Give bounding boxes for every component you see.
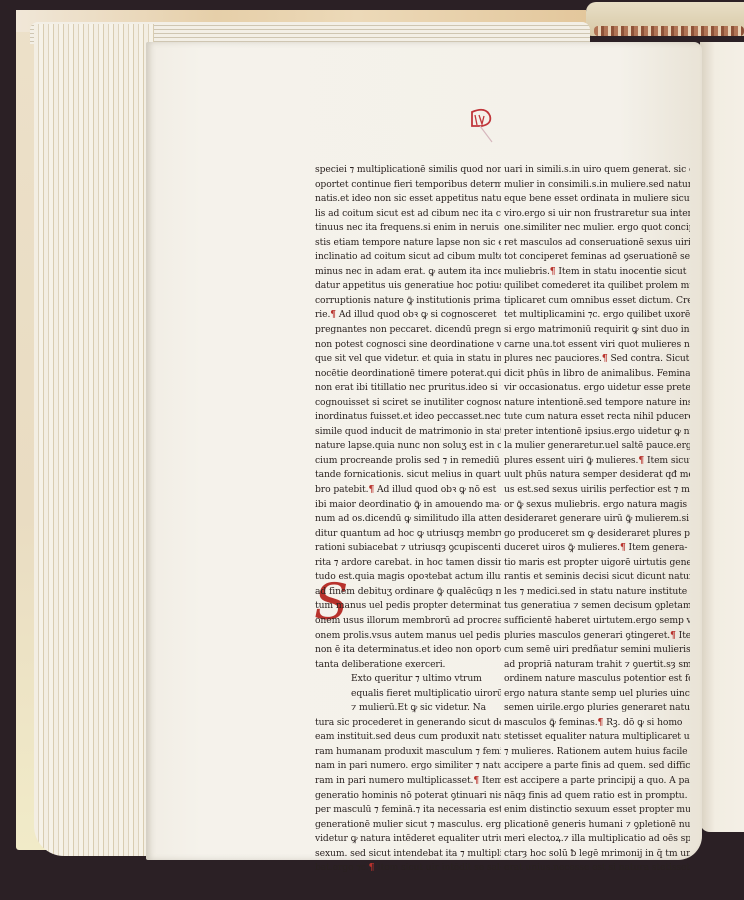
text-line: non erat ibi titillatio nec pruritus.ide… bbox=[315, 381, 501, 396]
text-line: onem prolis.vsus autem manus uel pedis bbox=[315, 629, 501, 644]
text-line: preter intentionē ipsius.ergo uidetur ꝙ … bbox=[504, 425, 690, 440]
text-line: pregnantes non peccaret. dicendū pregnās bbox=[315, 323, 501, 338]
text-line: ditur quantum ad hoc ꝙ utriusqȝ membruʒ bbox=[315, 527, 501, 542]
text-line: vir occasionatus. ergo uidetur esse pret… bbox=[504, 381, 690, 396]
text-line: les ⁊ medici.sed in statu nature institu… bbox=[504, 585, 690, 600]
text-line: nam in pari numero. ergo similiter ⁊ nat… bbox=[315, 759, 501, 774]
text-line: la mulier generaretur.uel saltē pauce.er… bbox=[504, 439, 690, 454]
text-line: uult phūs natura semper desiderat qđ mel… bbox=[504, 468, 690, 483]
text-line: viro.ergo si uir non frustraretur sua in… bbox=[504, 207, 690, 222]
text-line: lis ad coitum sicut est ad cibum nec ita… bbox=[315, 207, 501, 222]
text-line: ergo natura stante semp uel pluries uinc… bbox=[504, 687, 690, 702]
text-line: desideraret generare uirū ꝙ̄ mulierem.si… bbox=[504, 512, 690, 527]
headband-braid bbox=[594, 26, 744, 36]
text-line: generationē mulier sicut ⁊ masculus. erg… bbox=[315, 818, 501, 833]
text-line: non potest cognosci sine deordinatione v… bbox=[315, 338, 501, 353]
text-line: cognouisset si sciret se inutiliter cogn… bbox=[315, 396, 501, 411]
text-line: stetisset equaliter natura multiplicaret… bbox=[504, 730, 690, 745]
text-line: rita ⁊ ardore carebat. in hoc tamen diss… bbox=[315, 556, 501, 571]
text-line: tum manus uel pedis propter determinati- bbox=[315, 599, 501, 614]
text-line: tute cum natura esset recta nihil pducer… bbox=[504, 410, 690, 425]
text-line: ram in pari numero multiplicasset.¶ Item bbox=[315, 774, 501, 789]
text-line: speciei ⁊ multiplicationē similis quod n… bbox=[315, 163, 501, 178]
text-line: minus nec in adam erat. ꝙ autem ita ince… bbox=[315, 265, 501, 280]
text-line: oportet continue fieri temporibus determ… bbox=[315, 178, 501, 193]
paragraph-mark-icon: ¶ bbox=[550, 266, 556, 277]
text-line: tudo est.quia magis opoꝛtebat actum illu… bbox=[315, 570, 501, 585]
text-line: rie.¶ Ad illud quod obꝛ ꝙ si cognosceret bbox=[315, 308, 501, 323]
text-line: natis.et ideo non sic esset appetitus na… bbox=[315, 192, 501, 207]
text-line: inordinatus fuisset.et ideo peccasset.ne… bbox=[315, 410, 501, 425]
text-line: bro patebit.¶ Ad illud quod obꝛ ꝙ nō est bbox=[315, 483, 501, 498]
text-line: ordinem nature masculus potentior est fc… bbox=[504, 672, 690, 687]
text-line: ad finem debituʒ ordinare ꝙ̄ qualēcūqȝ m… bbox=[315, 585, 501, 600]
text-line: plicationē generis humani ⁊ ꝯpletionē nu… bbox=[504, 818, 690, 833]
text-line: pluries masculos generari ꝯtingeret.¶ It… bbox=[504, 629, 690, 644]
text-column-right: uari in simili.s.in uiro quem generat. s… bbox=[504, 163, 690, 876]
text-line: nāqȝ finis ad quem ratio est in promptu.… bbox=[504, 789, 690, 804]
paragraph-mark-icon: ¶ bbox=[330, 309, 336, 320]
text-line: carne una.tot essent viri quot mulieres … bbox=[504, 338, 690, 353]
text-line: nature intentionē.sed tempore nature ins… bbox=[504, 396, 690, 411]
folio-mark-icon bbox=[466, 106, 498, 146]
text-line: erat unius.necesse est si natura stetiss… bbox=[504, 861, 690, 876]
paragraph-mark-icon: ¶ bbox=[638, 455, 644, 466]
text-line: sufficientē haberet uirtutem.ergo semp v… bbox=[504, 614, 690, 629]
text-line: eque bene esset ordinata in muliere sicu… bbox=[504, 192, 690, 207]
text-line: eam instituit.sed deus cum produxit natu… bbox=[315, 730, 501, 745]
text-line: uari in simili.s.in uiro quem generat. s… bbox=[504, 163, 690, 178]
text-line: tiplicaret cum omnibus esset dictum. Cre… bbox=[504, 294, 690, 309]
text-line: que sit vel que videtur. et quia in stat… bbox=[315, 352, 501, 367]
paragraph-mark-icon: ¶ bbox=[670, 630, 676, 641]
text-line: nocētie deordinationē timere poterat.qui… bbox=[315, 367, 501, 382]
text-line: non ē ita determinatus.et ideo non oport… bbox=[315, 643, 501, 658]
paragraph-mark-icon: ¶ bbox=[620, 542, 626, 553]
text-line: si ergo matrimoniū requirit ꝙ sint duo i… bbox=[504, 323, 690, 338]
paragraph-mark-icon: ¶ bbox=[368, 484, 374, 495]
text-line: tio maris est propter uigorē uirtutis ge… bbox=[504, 556, 690, 571]
text-line: dicit phūs in libro de animalibus. Femin… bbox=[504, 367, 690, 382]
text-line: bat.ergo ⁊c.¶ Item sicut uir intēdit se … bbox=[315, 861, 501, 876]
paragraph-mark-icon: ¶ bbox=[598, 717, 604, 728]
text-line: ⁊ mulieres. Rationem autem huius facile … bbox=[504, 745, 690, 760]
text-line: cium procreande prolis sed ⁊ in remediū … bbox=[315, 454, 501, 469]
text-line: per masculū ⁊ feminā.⁊ ita necessaria es… bbox=[315, 803, 501, 818]
text-line: tinuus nec ita frequens.si enim in nerui… bbox=[315, 221, 501, 236]
text-line: one.similiter nec mulier. ergo quot conc… bbox=[504, 221, 690, 236]
text-line: accipere a parte finis ad quem. sed diff… bbox=[504, 759, 690, 774]
text-line: equalis fieret multiplicatio uirorū bbox=[315, 687, 501, 702]
text-line: or ꝙ̄ sexus muliebris. ergo natura magis bbox=[504, 498, 690, 513]
text-line: ctarȝ hoc solū ƀ legē mrimonij in q̄ tm … bbox=[504, 847, 690, 862]
text-line: corruptionis nature ꝙ̄ institutionis pri… bbox=[315, 294, 501, 309]
text-line: onem usus illorum membrorū ad procreati bbox=[315, 614, 501, 629]
text-line: est accipere a parte principij a quo. A … bbox=[504, 774, 690, 789]
text-line: rantis et seminis decisi sicut dicunt na… bbox=[504, 570, 690, 585]
text-line: Exto queritur ⁊ ultimo vtrum bbox=[315, 672, 501, 687]
text-line: tande fornicationis. sicut melius in qua… bbox=[315, 468, 501, 483]
text-line: tura sic procederet in generando sicut d… bbox=[315, 716, 501, 731]
paragraph-mark-icon: ¶ bbox=[473, 775, 479, 786]
text-line: tus generatiua ⁊ semen decisum ꝯpletam ⁊ bbox=[504, 599, 690, 614]
text-line: cum semē uiri predñatur semini mulieris … bbox=[504, 643, 690, 658]
text-column-left: speciei ⁊ multiplicationē similis quod n… bbox=[315, 163, 501, 876]
text-line: num ad os.dicendū ꝙ similitudo illa atte… bbox=[315, 512, 501, 527]
text-line: muliebris.¶ Item in statu inocentie sicu… bbox=[504, 265, 690, 280]
text-line: plures essent uiri ꝙ̄ mulieres.¶ Item si… bbox=[504, 454, 690, 469]
text-line: go produceret sm ꝙ desideraret plures pr… bbox=[504, 527, 690, 542]
text-line: ad propriā naturam trahit ⁊ ꝯuertit.sȝ s… bbox=[504, 658, 690, 673]
text-line: duceret uiros ꝙ̄ mulieres.¶ Item genera- bbox=[504, 541, 690, 556]
text-line: tanta deliberatione exerceri. bbox=[315, 658, 501, 673]
text-line: quilibet comederet ita quilibet prolem m… bbox=[504, 279, 690, 294]
page-stack-fore-edge bbox=[34, 24, 154, 856]
text-line: rationi subiacebat ⁊ utriusqȝ ꝯcupiscent… bbox=[315, 541, 501, 556]
text-line: datur appetitus uis generatiue hoc potiu… bbox=[315, 279, 501, 294]
text-line: tot conciperet feminas ad ꝯseruationē se… bbox=[504, 250, 690, 265]
text-line: tet multiplicamini ⁊c. ergo quilibet uxo… bbox=[504, 308, 690, 323]
text-line: semen uirile.ergo pluries generaret natu… bbox=[504, 701, 690, 716]
paragraph-mark-icon: ¶ bbox=[369, 862, 375, 873]
text-line: meri electoꝝ.⁊ illa multiplicatio ad oēs… bbox=[504, 832, 690, 847]
text-line: inclinatio ad coitum sicut ad cibum mult… bbox=[315, 250, 501, 265]
text-line: masculos ꝙ̄ feminas.¶ Rꝫ. dō ꝙ si homo bbox=[504, 716, 690, 731]
text-line: simile quod inducit de matrimonio in sta… bbox=[315, 425, 501, 440]
text-line: plures nec pauciores.¶ Sed contra. Sicut bbox=[504, 352, 690, 367]
text-line: enim distinctio sexuum esset propter mul… bbox=[504, 803, 690, 818]
text-line: ram humanam produxit masculum ⁊ femi- bbox=[315, 745, 501, 760]
text-line: ibi maior deordinatio ꝙ̄ in amouendo ma- bbox=[315, 498, 501, 513]
text-line: stis etiam tempore nature lapse non sic … bbox=[315, 236, 501, 251]
text-line: generatio hominis nō poterat ꝯtinuari ni… bbox=[315, 789, 501, 804]
text-line: nature lapse.quia nunc non soluʒ est in … bbox=[315, 439, 501, 454]
facing-page bbox=[700, 42, 744, 832]
text-line: sexum. sed sicut intendebat ita ⁊ multip… bbox=[315, 847, 501, 862]
text-line: ret masculos ad conseruationē sexus uiri… bbox=[504, 236, 690, 251]
text-line: us est.sed sexus uirilis perfectior est … bbox=[504, 483, 690, 498]
text-line: ⁊ mulierū.Et ꝙ sic videtur. Na bbox=[315, 701, 501, 716]
text-line: mulier in consimili.s.in muliere.sed nat… bbox=[504, 178, 690, 193]
text-line: videtur ꝙ natura intēderet equaliter utr… bbox=[315, 832, 501, 847]
paragraph-mark-icon: ¶ bbox=[602, 353, 608, 364]
